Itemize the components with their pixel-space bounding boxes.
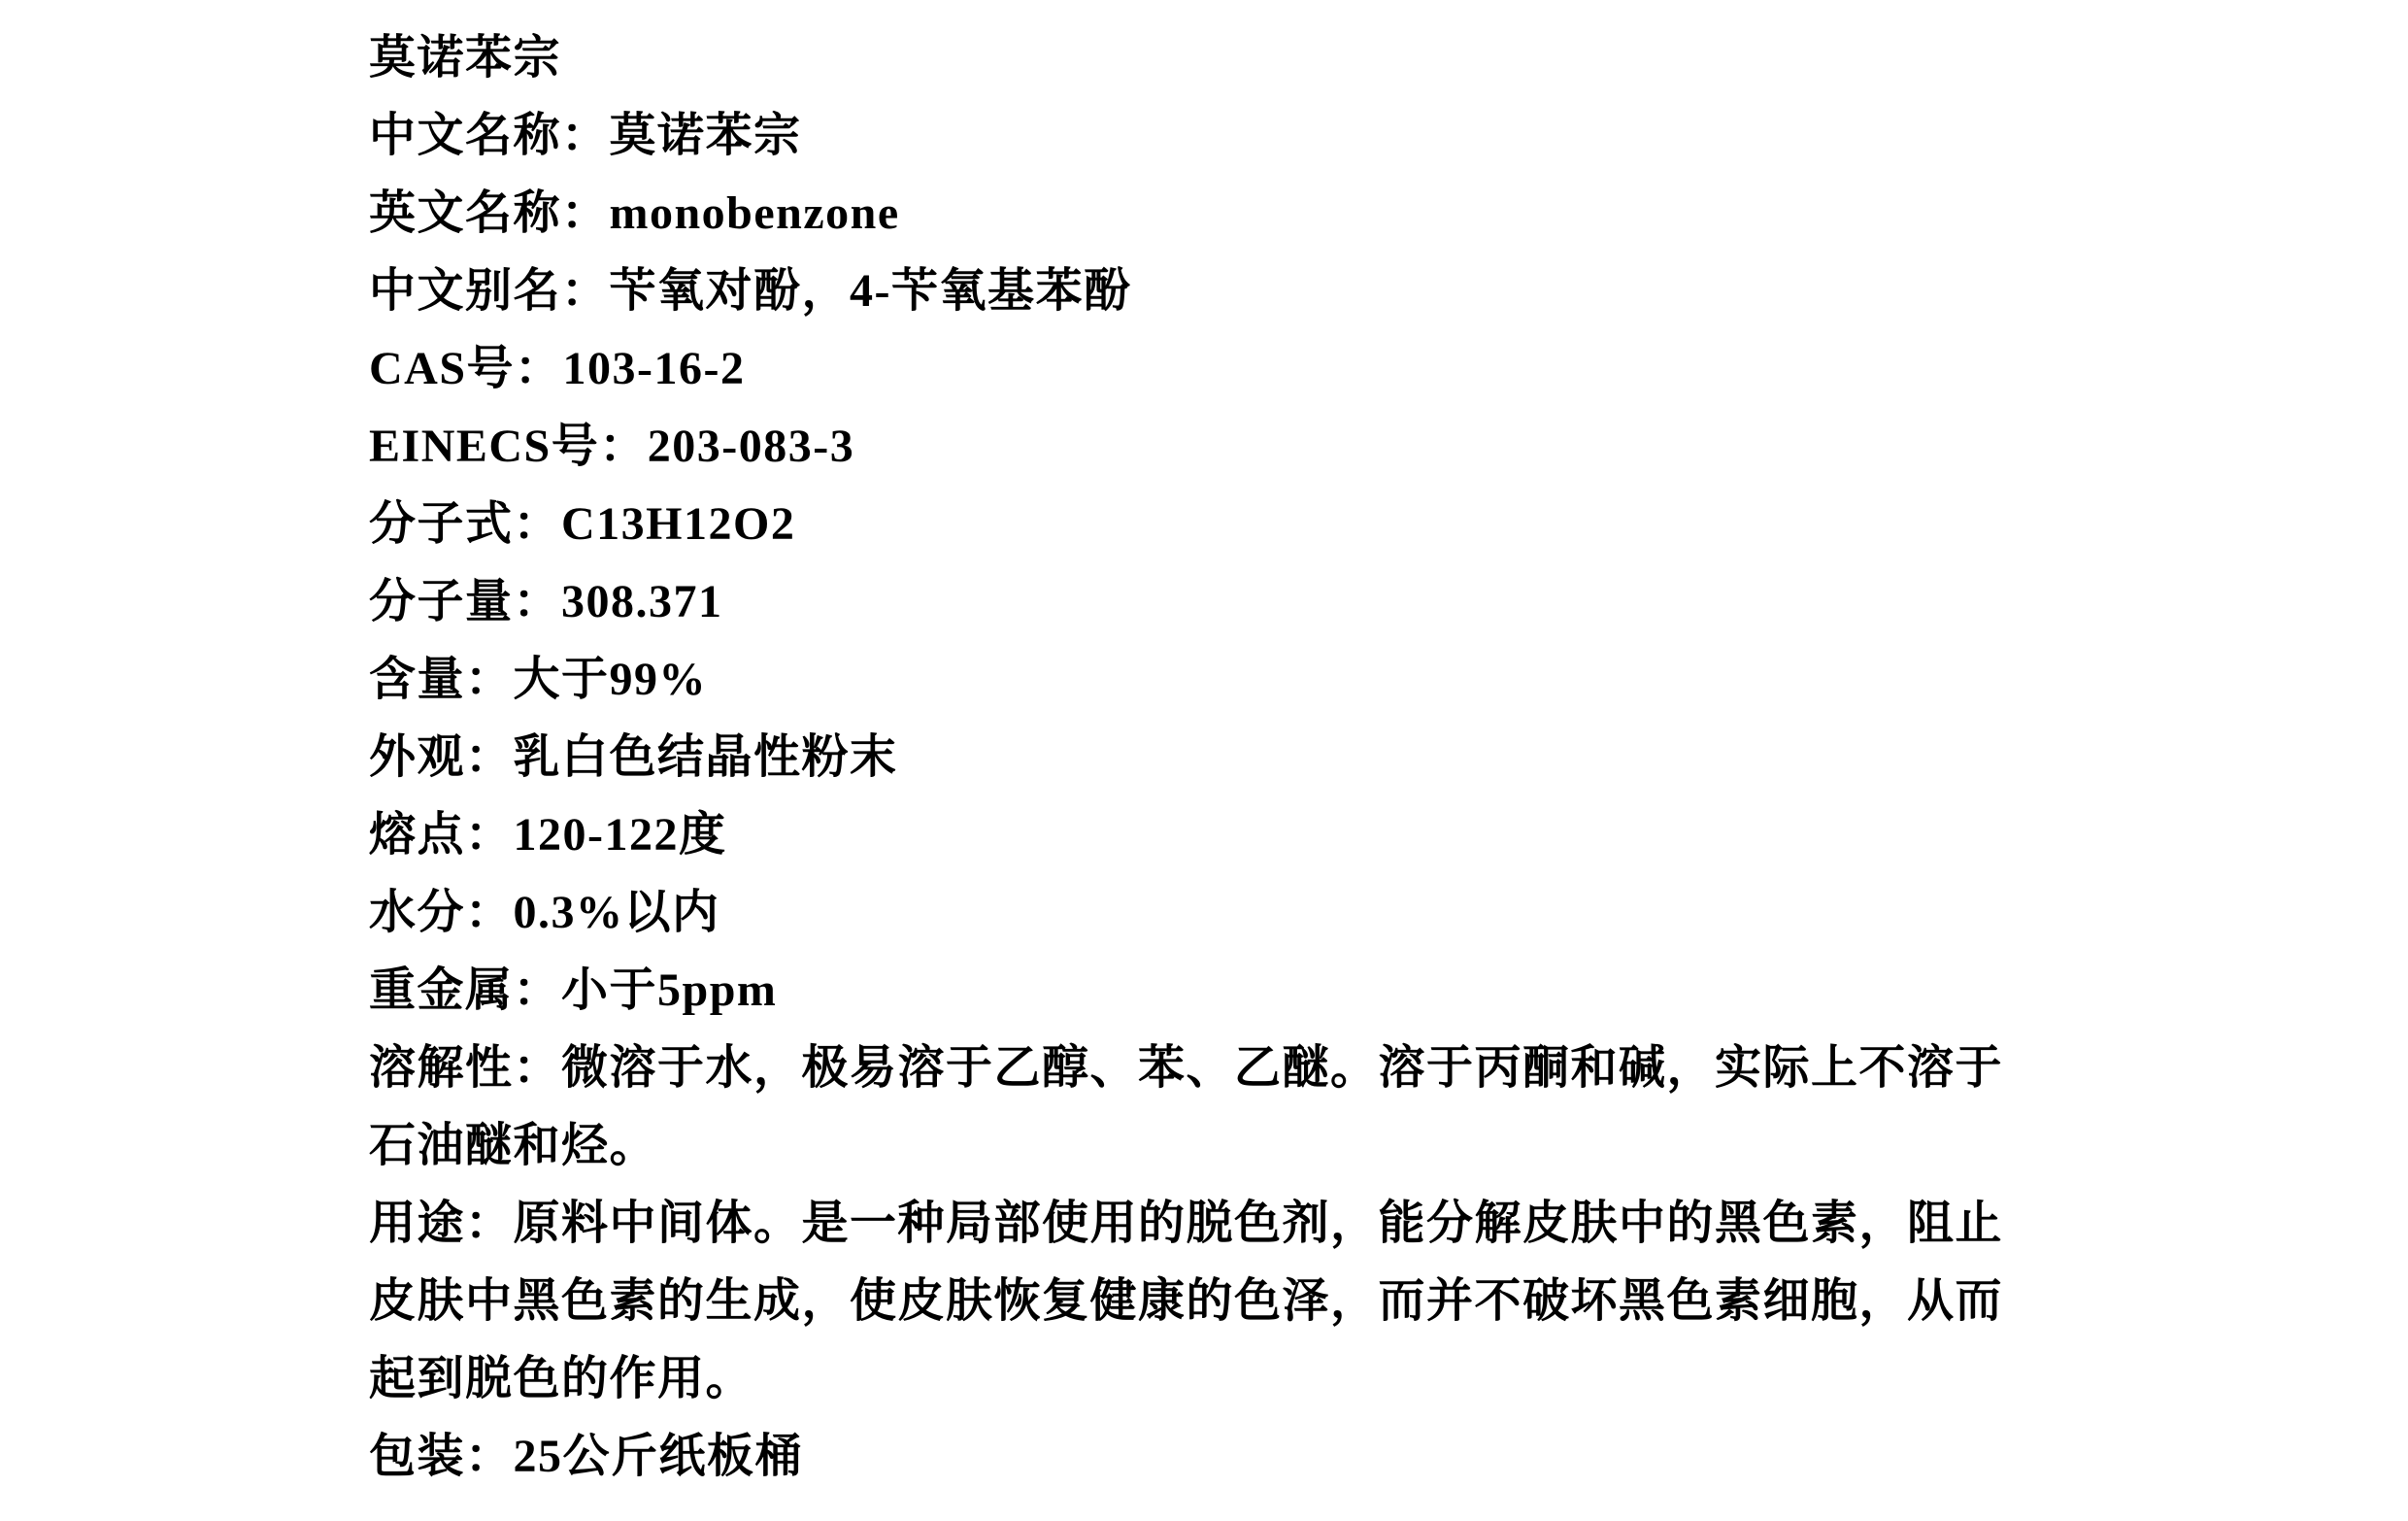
text-line-usage-1: 用途：原料中间体。是一种局部使用的脱色剂，能分解皮肤中的黑色素，阻止 <box>369 1185 2369 1263</box>
text-line-heavy-metals: 重金属：小于5ppm <box>369 952 2369 1030</box>
text-line-english-name: 英文名称：monobenzone <box>369 175 2369 253</box>
text-line-usage-2: 皮肤中黑色素的生成，使皮肤恢复健康的色泽，而并不破坏黑色素细胞，从而 <box>369 1263 2369 1340</box>
text-line-melting-point: 熔点：120-122度 <box>369 796 2369 874</box>
text-line-content-purity: 含量：大于99% <box>369 641 2369 719</box>
text-line-chinese-alias: 中文别名：苄氧对酚，4-苄氧基苯酚 <box>369 253 2369 330</box>
text-line-einecs-number: EINECS号：203-083-3 <box>369 408 2369 486</box>
product-document: 莫诺苯宗 中文名称：莫诺苯宗 英文名称：monobenzone 中文别名：苄氧对… <box>0 0 2408 1496</box>
text-line-solubility-1: 溶解性：微溶于水，极易溶于乙醇、苯、乙醚。溶于丙酮和碱，实际上不溶于 <box>369 1030 2369 1107</box>
text-line-molecular-weight: 分子量：308.371 <box>369 563 2369 641</box>
text-line-usage-3: 起到脱色的作用。 <box>369 1340 2369 1418</box>
text-line-solubility-2: 石油醚和烃。 <box>369 1107 2369 1185</box>
text-line-moisture: 水分：0.3%以内 <box>369 874 2369 952</box>
text-line-title: 莫诺苯宗 <box>369 19 2369 97</box>
text-line-cas-number: CAS号：103-16-2 <box>369 330 2369 408</box>
text-line-molecular-formula: 分子式：C13H12O2 <box>369 486 2369 563</box>
text-line-packaging: 包装：25公斤纸板桶 <box>369 1418 2369 1496</box>
text-line-appearance: 外观：乳白色结晶性粉末 <box>369 719 2369 796</box>
text-line-chinese-name: 中文名称：莫诺苯宗 <box>369 97 2369 175</box>
